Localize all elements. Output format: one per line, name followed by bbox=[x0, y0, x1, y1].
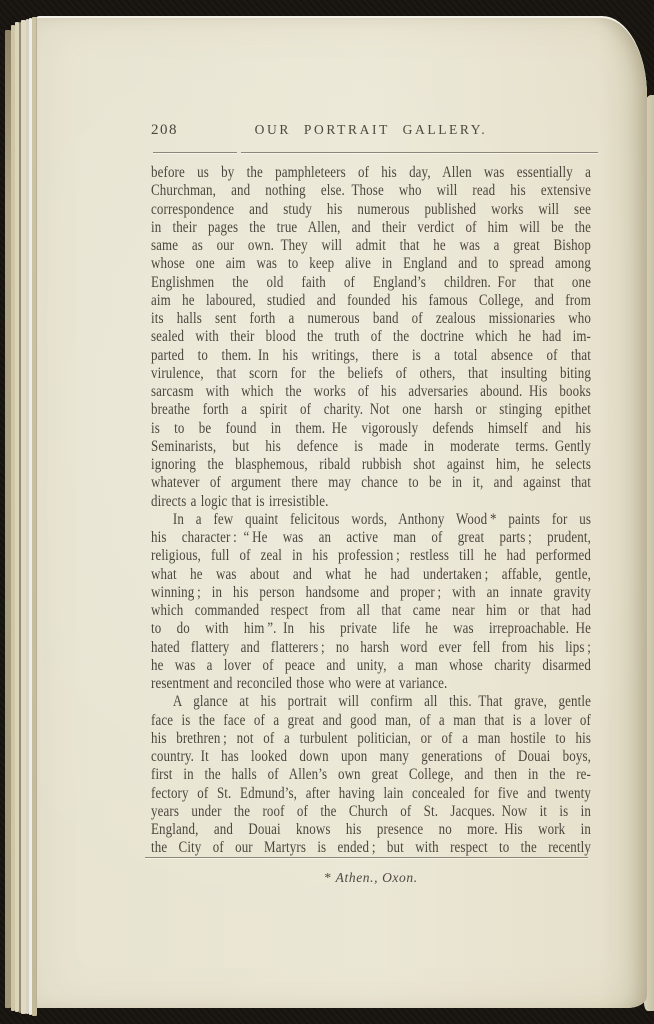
text-line: sealed with their blood the truth of the… bbox=[151, 328, 591, 346]
header-rule bbox=[153, 152, 598, 153]
text-line: his character : “ He was an active man o… bbox=[151, 529, 591, 547]
text-line: is to be found in them. He vigorously de… bbox=[151, 420, 591, 438]
text-line: parted to them. In his writings, there i… bbox=[151, 347, 591, 365]
text-line: whose one aim was to keep alive in Engla… bbox=[151, 255, 591, 273]
paragraph: before us by the pamphleteers of his day… bbox=[151, 164, 591, 511]
text-line: correspondence and study his numerous pu… bbox=[151, 201, 591, 219]
text-line: same as our own. They will admit that he… bbox=[151, 237, 591, 255]
text-line: his brethren ; not of a turbulent politi… bbox=[151, 730, 591, 748]
text-line: face is the face of a great and good man… bbox=[151, 712, 591, 730]
text-line: fectory of St. Edmund’s, after having la… bbox=[151, 785, 591, 803]
text-line: before us by the pamphleteers of his day… bbox=[151, 164, 591, 182]
text-line: In a few quaint felicitous words, Anthon… bbox=[151, 511, 591, 529]
text-line: in their pages the true Allen, and their… bbox=[151, 219, 591, 237]
text-line: years under the roof of the Church of St… bbox=[151, 803, 591, 821]
text-line: sarcasm with which the works of his adve… bbox=[151, 383, 591, 401]
text-line: resentment and reconciled those who were… bbox=[151, 675, 591, 693]
book-scan-background: 208 OUR PORTRAIT GALLERY. before us by t… bbox=[0, 0, 654, 1024]
text-line: Seminarists, but his defence is made in … bbox=[151, 438, 591, 456]
text-line: breathe forth a spirit of charity. Not o… bbox=[151, 401, 591, 419]
text-line: winning ; in his person handsome and pro… bbox=[151, 584, 591, 602]
text-line: first in the halls of Allen’s own great … bbox=[151, 766, 591, 784]
footnote: * Athen., Oxon. bbox=[151, 870, 591, 886]
paragraph: A glance at his portrait will confirm al… bbox=[151, 693, 591, 857]
text-line: what he was about and what he had undert… bbox=[151, 566, 591, 584]
text-line: aim he laboured, studied and founded his… bbox=[151, 292, 591, 310]
text-line: A glance at his portrait will confirm al… bbox=[151, 693, 591, 711]
text-line: to do with him ”. In his private life he… bbox=[151, 620, 591, 638]
text-line: directs a logic that is irresistible. bbox=[151, 493, 591, 511]
footnote-rule bbox=[145, 857, 588, 858]
text-line: Englishmen the old faith of England’s ch… bbox=[151, 274, 591, 292]
text-line: the City of our Martyrs is ended ; but w… bbox=[151, 839, 591, 857]
text-line: England, and Douai knows his presence no… bbox=[151, 821, 591, 839]
text-line: ignoring the blasphemous, ribald rubbish… bbox=[151, 456, 591, 474]
text-line: Churchman, and nothing else. Those who w… bbox=[151, 182, 591, 200]
body-text: before us by the pamphleteers of his day… bbox=[151, 164, 591, 858]
running-head: 208 OUR PORTRAIT GALLERY. bbox=[151, 122, 591, 142]
text-line: country. It has looked down upon many ge… bbox=[151, 748, 591, 766]
running-title: OUR PORTRAIT GALLERY. bbox=[255, 122, 488, 137]
text-line: whatever of argument there may chance to… bbox=[151, 474, 591, 492]
book-page: 208 OUR PORTRAIT GALLERY. before us by t… bbox=[36, 16, 647, 1008]
text-line: he was a lover of peace and unity, a man… bbox=[151, 657, 591, 675]
text-line: its halls sent forth a numerous band of … bbox=[151, 310, 591, 328]
header-rule-segment bbox=[153, 152, 237, 153]
footnote-marker: * bbox=[324, 870, 331, 885]
paragraph: In a few quaint felicitous words, Anthon… bbox=[151, 511, 591, 694]
text-line: which commanded respect from all that ca… bbox=[151, 602, 591, 620]
text-line: virulence, that scorn for the beliefs of… bbox=[151, 365, 591, 383]
footnote-text: Athen., Oxon. bbox=[336, 870, 418, 885]
header-rule-segment bbox=[241, 152, 598, 153]
page-number: 208 bbox=[151, 122, 178, 139]
text-line: religious, full of zeal in his professio… bbox=[151, 547, 591, 565]
text-line: hated flattery and flatterers ; no harsh… bbox=[151, 639, 591, 657]
